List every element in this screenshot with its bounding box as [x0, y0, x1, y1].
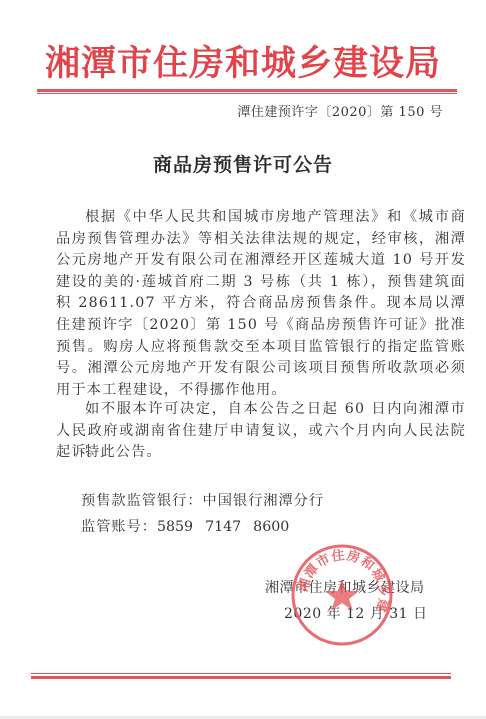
paragraph-closing: 特此公告。	[56, 442, 466, 464]
document-number: 潭住建预许字〔2020〕第 150 号	[237, 101, 443, 120]
bank-label: 预售款监管银行：	[81, 488, 203, 514]
rule-thin-line	[37, 93, 457, 94]
footer-red-rule	[31, 673, 451, 679]
account-row: 监管账号：585971478600	[81, 514, 324, 540]
supervision-info: 预售款监管银行：中国银行湘潭分行 监管账号：585971478600	[81, 488, 324, 540]
account-group-1: 5859	[157, 514, 193, 540]
issuer-header: 湘潭市住房和城乡建设局	[0, 44, 486, 84]
document-page: 湘潭市住房和城乡建设局 潭住建预许字〔2020〕第 150 号 商品房预售许可公…	[0, 0, 486, 716]
paragraph-main: 根据《中华人民共和国城市房地产管理法》和《城市商品房预售管理办法》等相关法律法规…	[56, 207, 466, 401]
official-seal-icon: 湘潭市住房和城乡建设局	[290, 543, 394, 647]
rule-thin-line	[31, 673, 451, 674]
bank-value: 中国银行湘潭分行	[203, 488, 325, 514]
bank-row: 预售款监管银行：中国银行湘潭分行	[81, 488, 324, 514]
rule-thick-line	[31, 676, 451, 679]
notice-title: 商品房预售许可公告	[0, 150, 486, 177]
header-red-rule	[37, 89, 457, 95]
svg-text:湘潭市住房和城乡建设局: 湘潭市住房和城乡建设局	[290, 543, 392, 615]
account-group-3: 8600	[253, 514, 289, 540]
account-group-2: 7147	[205, 514, 241, 540]
account-label: 监管账号：	[81, 514, 157, 540]
